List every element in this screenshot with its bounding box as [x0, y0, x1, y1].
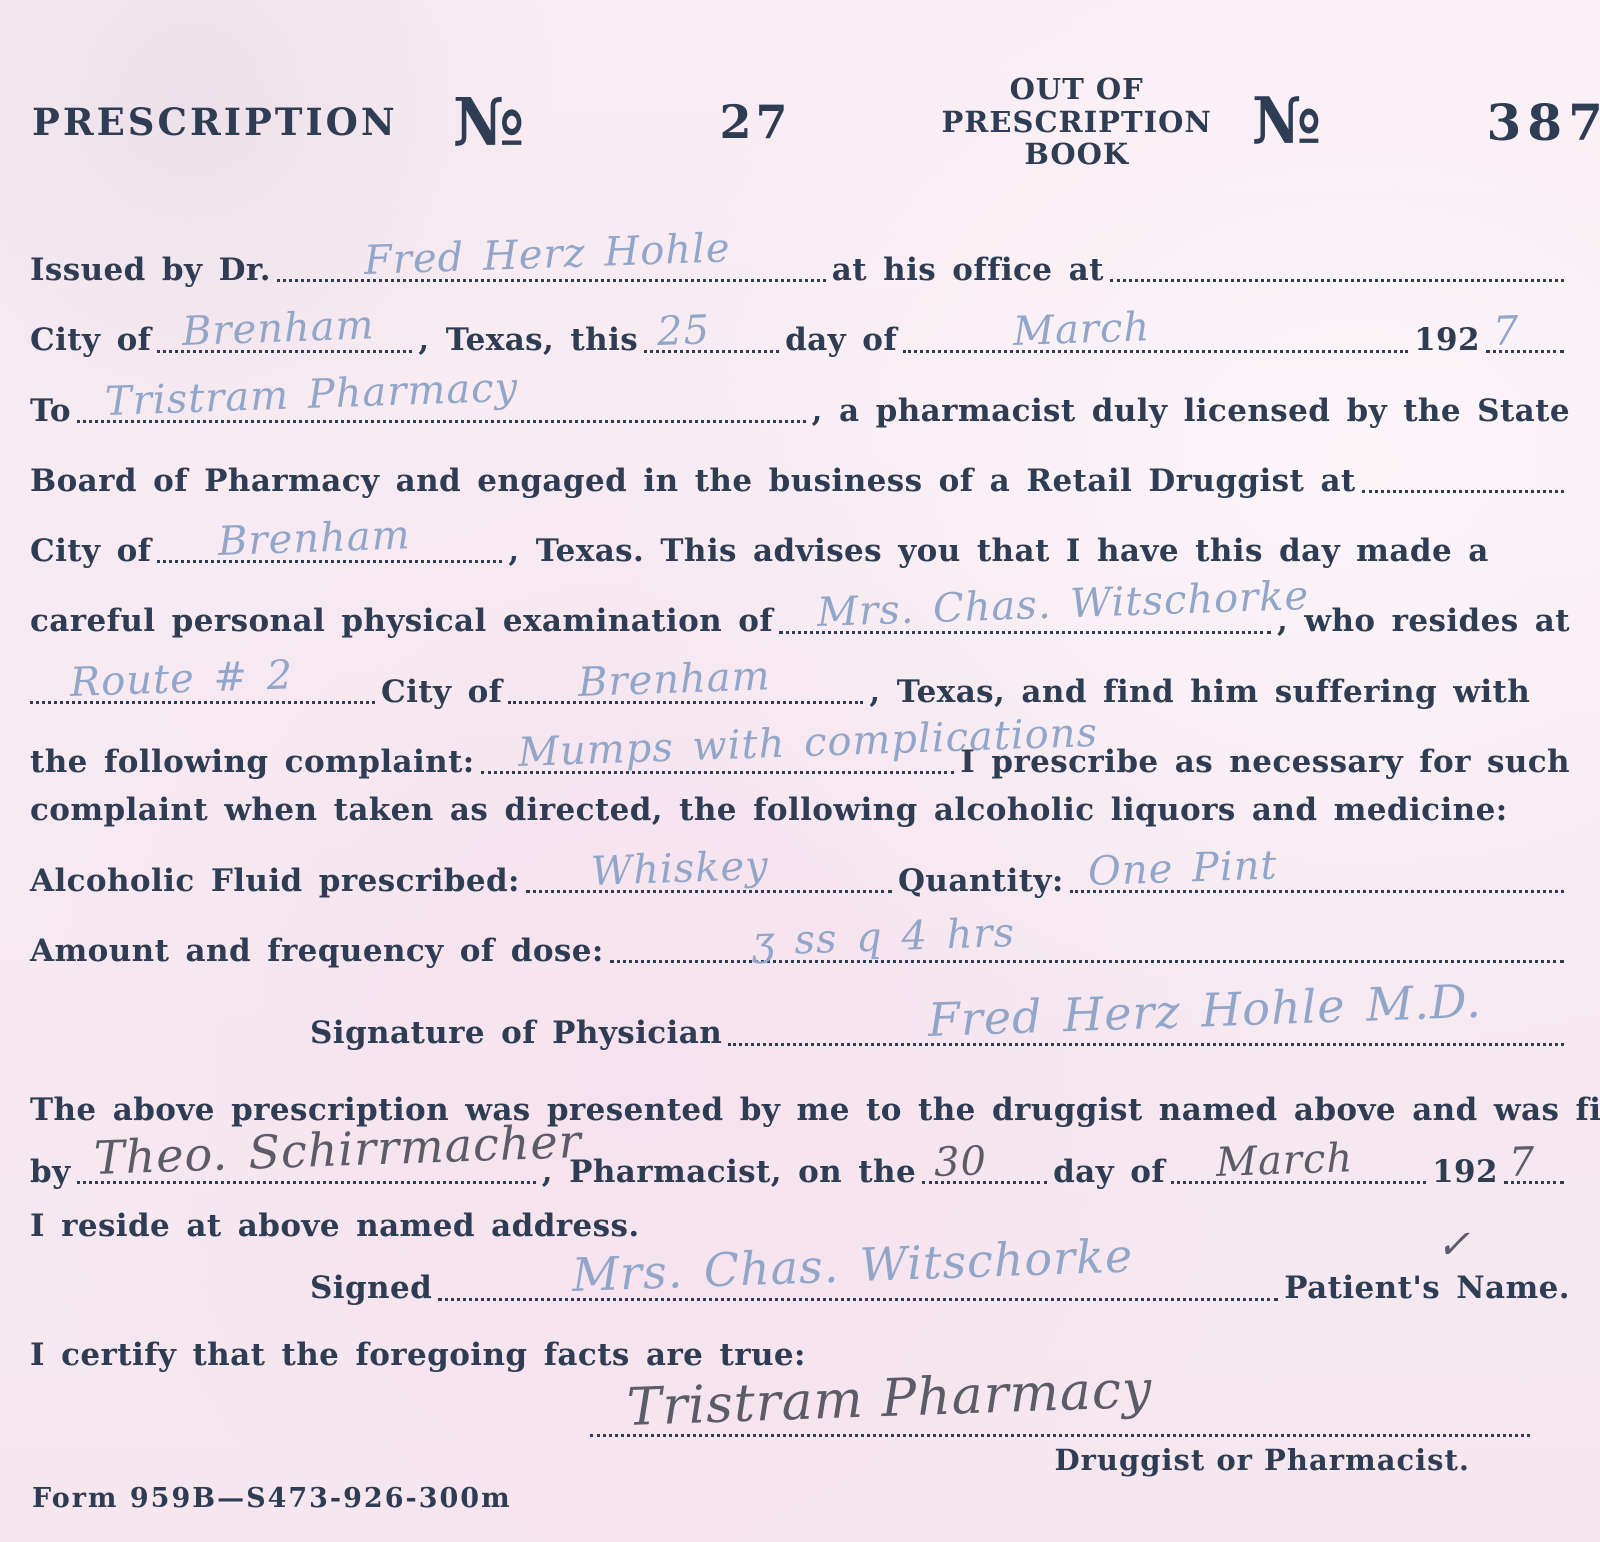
day1-handwriting: 25	[656, 304, 711, 358]
city3-field: Brenham	[508, 700, 863, 704]
month1-field: March	[903, 349, 1408, 353]
patients-name-label: Patient's Name.	[1284, 1268, 1570, 1308]
month2-handwriting: March	[1215, 1132, 1354, 1189]
year1-handwriting: 7	[1492, 305, 1520, 358]
examination-handwriting: Mrs. Chas. Witschorke	[817, 570, 1311, 639]
by-label: by	[30, 1152, 71, 1192]
signed-label: Signed	[310, 1268, 432, 1308]
texas-this-label: , Texas, this	[418, 320, 638, 360]
form-header: PRESCRIPTION № 27 OUT OF PRESCRIPTION BO…	[30, 46, 1570, 186]
dose-label: Amount and frequency of dose:	[30, 931, 604, 971]
to-field: Tristram Pharmacy	[77, 419, 806, 423]
complaint-field: Mumps with complications	[481, 770, 955, 774]
druggist-at-field	[1362, 489, 1564, 493]
city3-label: City of	[381, 672, 502, 712]
filled-by-row: by Theo. Schirrmacher , Pharmacist, on t…	[30, 1152, 1570, 1192]
dose-handwriting: ʒ ss q 4 hrs	[751, 907, 1016, 968]
office-field	[1110, 278, 1564, 282]
signed-row: Signed Mrs. Chas. Witschorke Patient's N…	[310, 1268, 1570, 1308]
city2-row: City of Brenham , Texas. This advises yo…	[30, 531, 1570, 571]
year2-field: 7	[1504, 1180, 1564, 1184]
book-number: 3872	[1486, 93, 1600, 152]
year1-field: 7	[1486, 349, 1564, 353]
book-label-line3: BOOK	[1024, 137, 1129, 171]
druggist-signature-block: Tristram Pharmacy Druggist or Pharmacist…	[590, 1379, 1530, 1477]
numero-symbol: №	[453, 89, 525, 155]
presented-label: The above prescription was presented by …	[30, 1090, 1600, 1130]
book-label-line1: OUT OF	[1010, 72, 1144, 106]
directed-label: complaint when taken as directed, the fo…	[30, 790, 1508, 830]
dose-row: Amount and frequency of dose: ʒ ss q 4 h…	[30, 931, 1570, 971]
city-date-row: City of Brenham , Texas, this 25 day of …	[30, 320, 1570, 360]
city1-label: City of	[30, 320, 151, 360]
issued-by-handwriting: Fred Herz Hohle	[363, 223, 731, 288]
dayof2-label: day of	[1053, 1152, 1165, 1192]
issued-by-field: Fred Herz Hohle	[277, 278, 826, 282]
presented-row: The above prescription was presented by …	[30, 1090, 1570, 1130]
day2-field: 30	[922, 1180, 1047, 1184]
day2-handwriting: 30	[933, 1135, 988, 1189]
quantity-handwriting: One Pint	[1088, 839, 1279, 898]
board-label: Board of Pharmacy and engaged in the bus…	[30, 461, 1356, 501]
complaint-row: the following complaint: Mumps with comp…	[30, 742, 1570, 782]
city1-field: Brenham	[157, 349, 412, 353]
city2-field: Brenham	[157, 559, 502, 563]
fluid-handwriting: Whiskey	[590, 840, 769, 898]
prescription-number: 27	[719, 95, 791, 149]
advises-label: , Texas. This advises you that I have th…	[508, 531, 1488, 571]
examination-label: careful personal physical examination of	[30, 601, 773, 641]
year2-label: 192	[1432, 1152, 1498, 1192]
quantity-field: One Pint	[1070, 889, 1564, 893]
issued-by-row: Issued by Dr. Fred Herz Hohle at his off…	[30, 250, 1570, 290]
to-label: To	[30, 391, 71, 431]
month2-field: March	[1171, 1180, 1426, 1184]
day1-field: 25	[644, 349, 779, 353]
physician-signature-handwriting: Fred Herz Hohle M.D.	[927, 971, 1483, 1050]
year1-label: 192	[1414, 320, 1480, 360]
numero-symbol-book: №	[1252, 90, 1322, 154]
city2-handwriting: Brenham	[218, 510, 412, 569]
by-field: Theo. Schirrmacher	[77, 1180, 536, 1184]
reside-label: I reside at above named address.	[30, 1206, 640, 1246]
pharmacist-on-label: , Pharmacist, on the	[542, 1152, 916, 1192]
suffering-label: , Texas, and find him suffering with	[869, 672, 1530, 712]
fluid-row: Alcoholic Fluid prescribed: Whiskey Quan…	[30, 861, 1570, 901]
druggist-signature-field: Tristram Pharmacy	[590, 1379, 1530, 1437]
to-row: To Tristram Pharmacy , a pharmacist duly…	[30, 391, 1570, 431]
directed-row: complaint when taken as directed, the fo…	[30, 790, 1570, 830]
address-row: Route # 2 City of Brenham , Texas, and f…	[30, 672, 1570, 712]
city1-handwriting: Brenham	[181, 299, 375, 358]
address-handwriting: Route # 2	[70, 649, 295, 709]
city3-handwriting: Brenham	[578, 650, 772, 709]
certify-label: I certify that the foregoing facts are t…	[30, 1335, 806, 1375]
prescribe-label: I prescribe as necessary for such	[960, 742, 1570, 782]
to-handwriting: Tristram Pharmacy	[104, 362, 519, 428]
fluid-label: Alcoholic Fluid prescribed:	[30, 861, 520, 901]
city2-label: City of	[30, 531, 151, 571]
druggist-caption: Druggist or Pharmacist.	[590, 1437, 1530, 1477]
complaint-label: the following complaint:	[30, 742, 475, 782]
issued-by-label: Issued by Dr.	[30, 250, 271, 290]
examination-field: Mrs. Chas. Witschorke	[779, 630, 1271, 634]
form-number: Form 959B—S473-926-300m	[32, 1483, 512, 1514]
signed-field: Mrs. Chas. Witschorke	[438, 1297, 1278, 1301]
resides-label: , who resides at	[1277, 601, 1570, 641]
physician-sig-field: Fred Herz Hohle M.D.	[728, 1042, 1564, 1046]
out-of-prescription-book-label: OUT OF PRESCRIPTION BOOK	[941, 73, 1211, 170]
dose-field: ʒ ss q 4 hrs	[610, 959, 1564, 963]
physician-signature-row: Signature of Physician Fred Herz Hohle M…	[310, 1013, 1570, 1053]
office-label: at his office at	[832, 250, 1104, 290]
quantity-label: Quantity:	[898, 861, 1064, 901]
year2-handwriting: 7	[1508, 1136, 1536, 1189]
prescription-label: PRESCRIPTION	[32, 100, 398, 144]
reside-row: I reside at above named address.	[30, 1206, 1570, 1246]
prescription-form-document: PRESCRIPTION № 27 OUT OF PRESCRIPTION BO…	[0, 0, 1600, 1542]
fluid-field: Whiskey	[526, 889, 892, 893]
board-row: Board of Pharmacy and engaged in the bus…	[30, 461, 1570, 501]
examination-row: careful personal physical examination of…	[30, 601, 1570, 641]
checkmark-annotation: ✓	[1436, 1222, 1470, 1268]
book-label-line2: PRESCRIPTION	[941, 105, 1211, 139]
physician-sig-label: Signature of Physician	[310, 1013, 722, 1053]
dayof1-label: day of	[785, 320, 897, 360]
certify-row: I certify that the foregoing facts are t…	[30, 1335, 1570, 1375]
month1-handwriting: March	[1012, 301, 1151, 358]
address-field: Route # 2	[30, 700, 375, 704]
licensed-label: , a pharmacist duly licensed by the Stat…	[812, 391, 1570, 431]
